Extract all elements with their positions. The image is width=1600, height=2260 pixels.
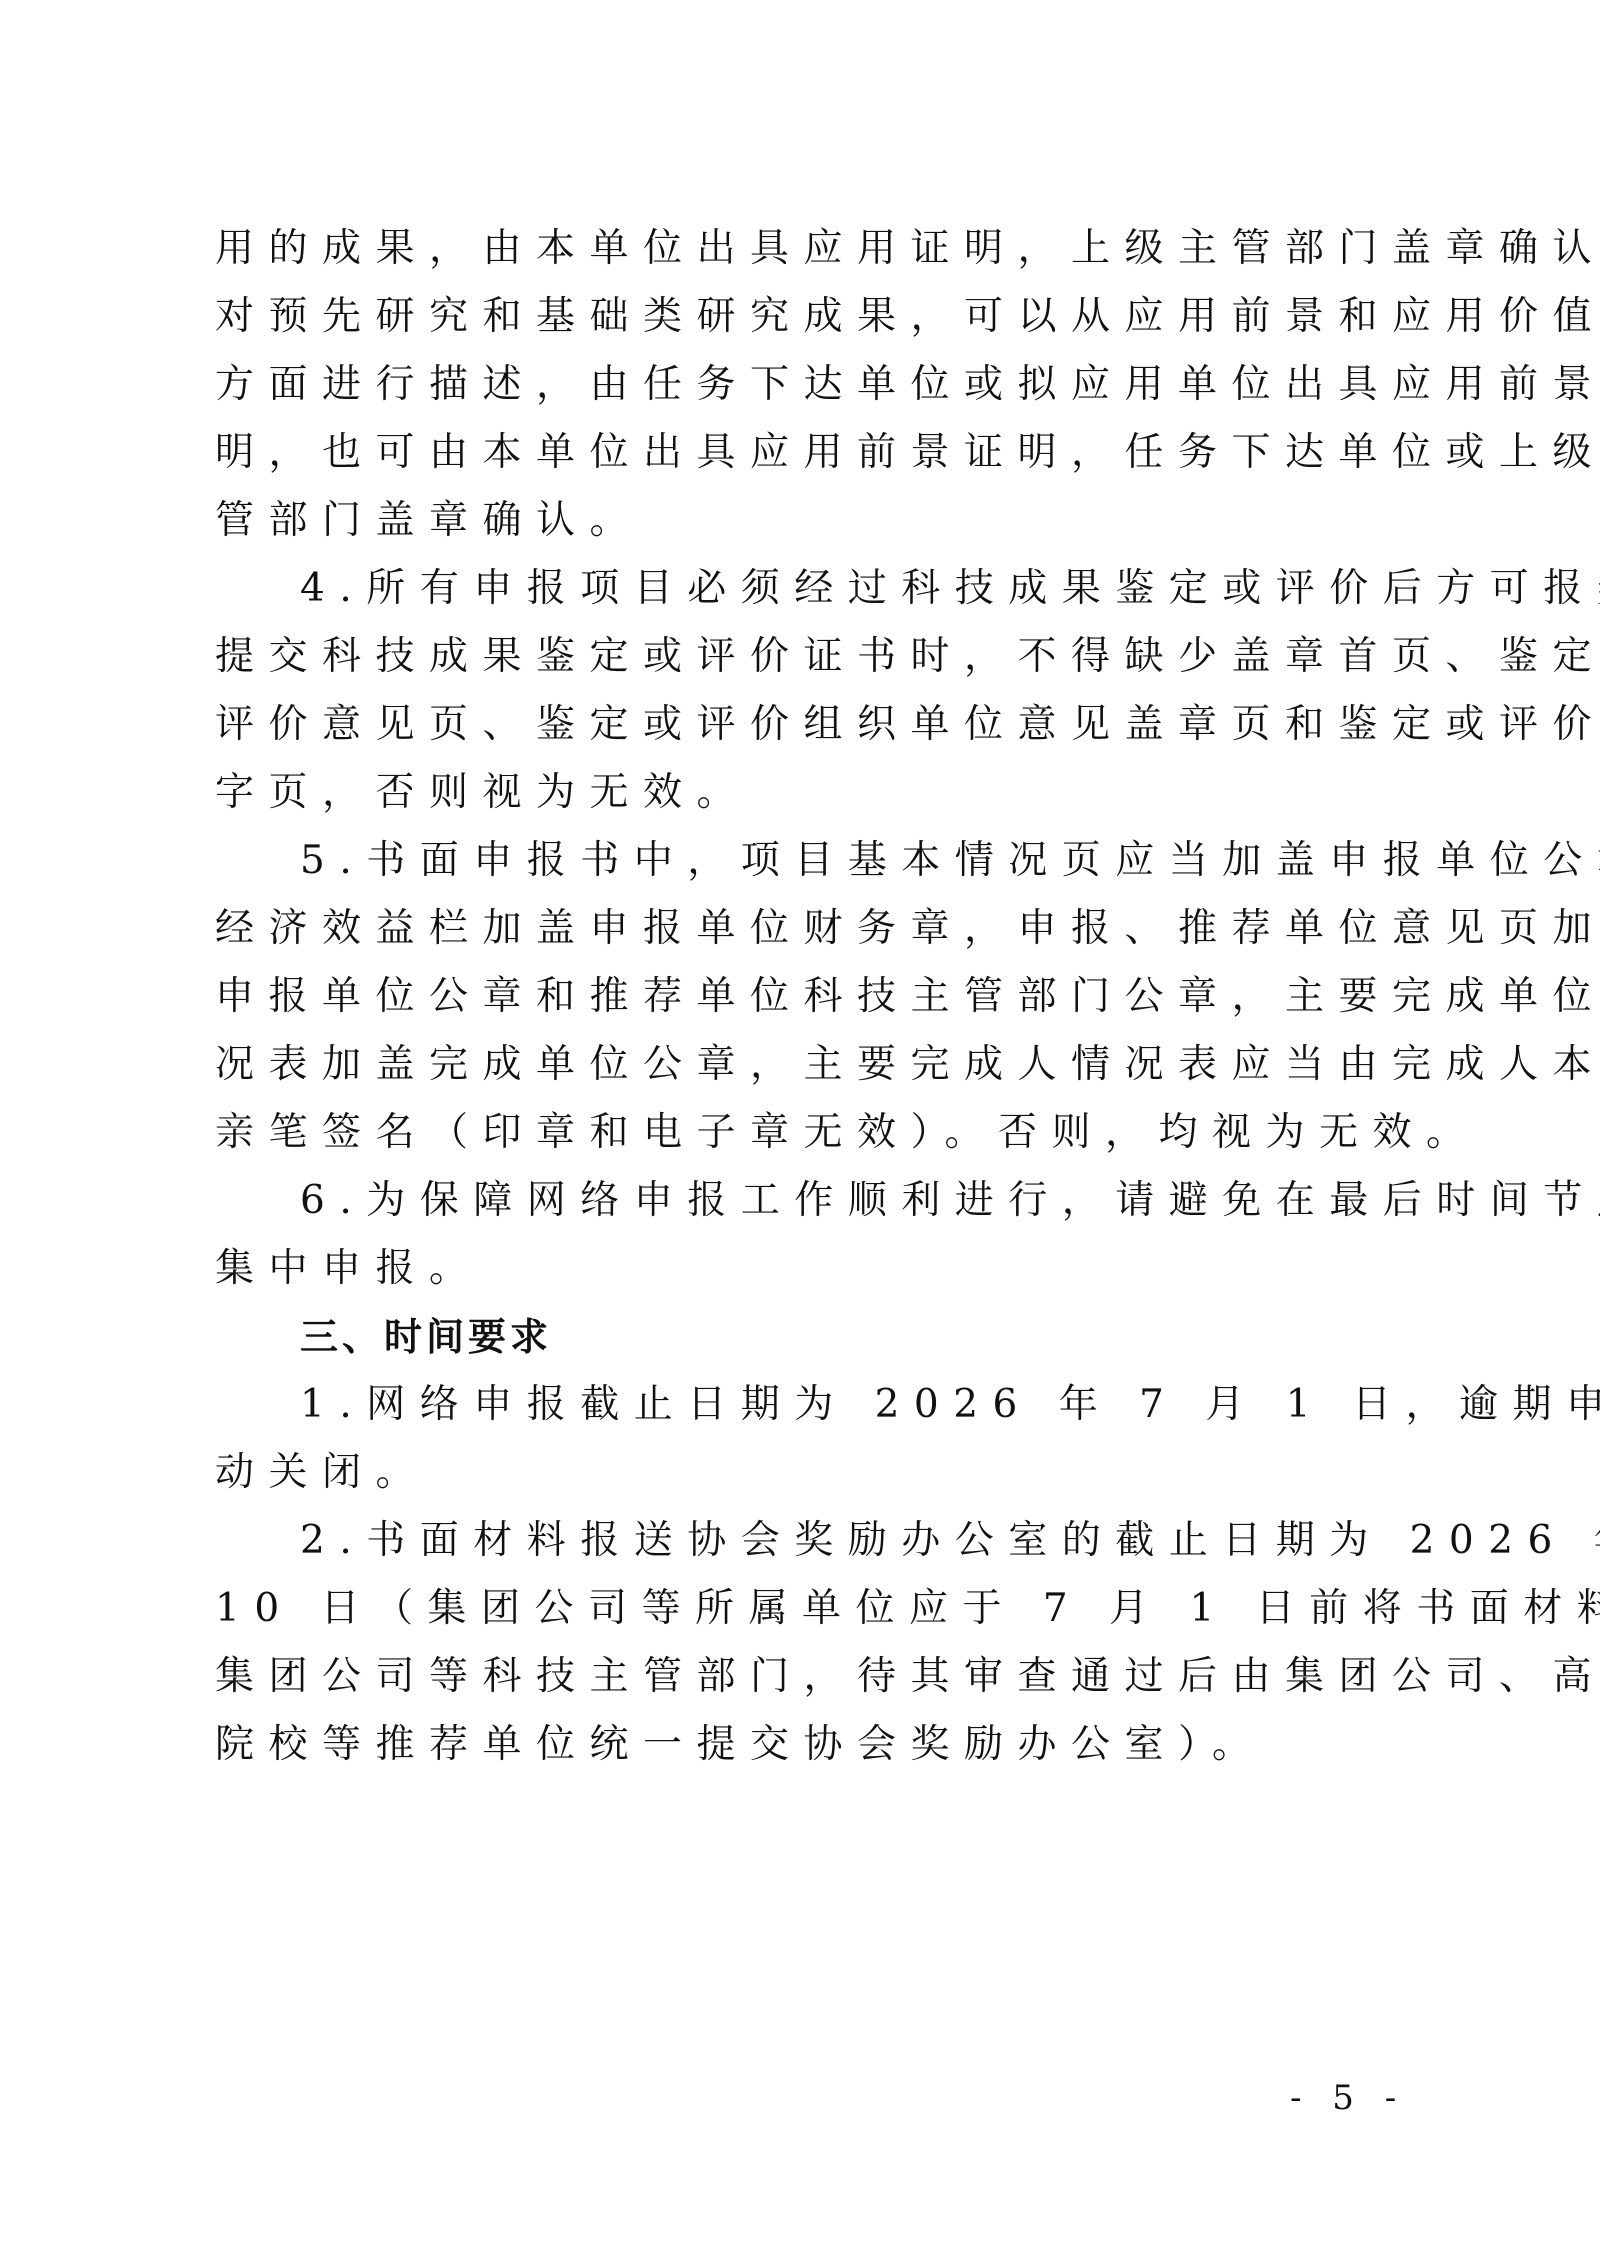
paragraph-item-6: 6.为保障网络申报工作顺利进行，请避免在最后时间节点 集中申报。	[215, 1167, 1400, 1303]
text-line: 4.所有申报项目必须经过科技成果鉴定或评价后方可报奖。	[215, 555, 1395, 623]
text-line: 提交科技成果鉴定或评价证书时，不得缺少盖章首页、鉴定或	[215, 623, 1395, 691]
text-line: 亲笔签名（印章和电子章无效）。否则，均视为无效。	[215, 1099, 1395, 1167]
text-line: 2.书面材料报送协会奖励办公室的截止日期为 2026 年 7 月	[215, 1507, 1395, 1575]
page-number: - 5 -	[1290, 2078, 1406, 2118]
text-line: 评价意见页、鉴定或评价组织单位意见盖章页和鉴定或评价签	[215, 691, 1395, 759]
paragraph-time-2: 2.书面材料报送协会奖励办公室的截止日期为 2026 年 7 月 10 日（集团…	[215, 1507, 1400, 1779]
paragraph-time-1: 1.网络申报截止日期为 2026 年 7 月 1 日，逾期申报系统自 动关闭。	[215, 1371, 1400, 1507]
text-line: 申报单位公章和推荐单位科技主管部门公章，主要完成单位情	[215, 963, 1395, 1031]
section-heading: 三、时间要求	[215, 1303, 1400, 1371]
text-line: 集团公司等科技主管部门，待其审查通过后由集团公司、高等	[215, 1643, 1395, 1711]
text-line: 集中申报。	[215, 1235, 1395, 1303]
document-page: 用的成果，由本单位出具应用证明，上级主管部门盖章确认； 对预先研究和基础类研究成…	[0, 0, 1600, 2260]
paragraph-continuation: 用的成果，由本单位出具应用证明，上级主管部门盖章确认； 对预先研究和基础类研究成…	[215, 215, 1400, 555]
paragraph-item-5: 5.书面申报书中，项目基本情况页应当加盖申报单位公章， 经济效益栏加盖申报单位财…	[215, 827, 1400, 1167]
text-line: 5.书面申报书中，项目基本情况页应当加盖申报单位公章，	[215, 827, 1395, 895]
text-line: 院校等推荐单位统一提交协会奖励办公室）。	[215, 1711, 1395, 1779]
text-line: 对预先研究和基础类研究成果，可以从应用前景和应用价值等	[215, 283, 1395, 351]
text-line: 字页，否则视为无效。	[215, 759, 1395, 827]
text-line: 动关闭。	[215, 1439, 1395, 1507]
text-line: 方面进行描述，由任务下达单位或拟应用单位出具应用前景证	[215, 351, 1395, 419]
text-line: 6.为保障网络申报工作顺利进行，请避免在最后时间节点	[215, 1167, 1395, 1235]
text-line: 10 日（集团公司等所属单位应于 7 月 1 日前将书面材料提交至	[215, 1575, 1395, 1643]
text-line: 明，也可由本单位出具应用前景证明，任务下达单位或上级主	[215, 419, 1395, 487]
text-line: 管部门盖章确认。	[215, 487, 1395, 555]
text-line: 1.网络申报截止日期为 2026 年 7 月 1 日，逾期申报系统自	[215, 1371, 1395, 1439]
paragraph-item-4: 4.所有申报项目必须经过科技成果鉴定或评价后方可报奖。 提交科技成果鉴定或评价证…	[215, 555, 1400, 827]
text-line: 用的成果，由本单位出具应用证明，上级主管部门盖章确认；	[215, 215, 1395, 283]
text-line: 经济效益栏加盖申报单位财务章，申报、推荐单位意见页加盖	[215, 895, 1395, 963]
document-body: 用的成果，由本单位出具应用证明，上级主管部门盖章确认； 对预先研究和基础类研究成…	[215, 215, 1400, 1779]
text-line: 况表加盖完成单位公章，主要完成人情况表应当由完成人本人	[215, 1031, 1395, 1099]
